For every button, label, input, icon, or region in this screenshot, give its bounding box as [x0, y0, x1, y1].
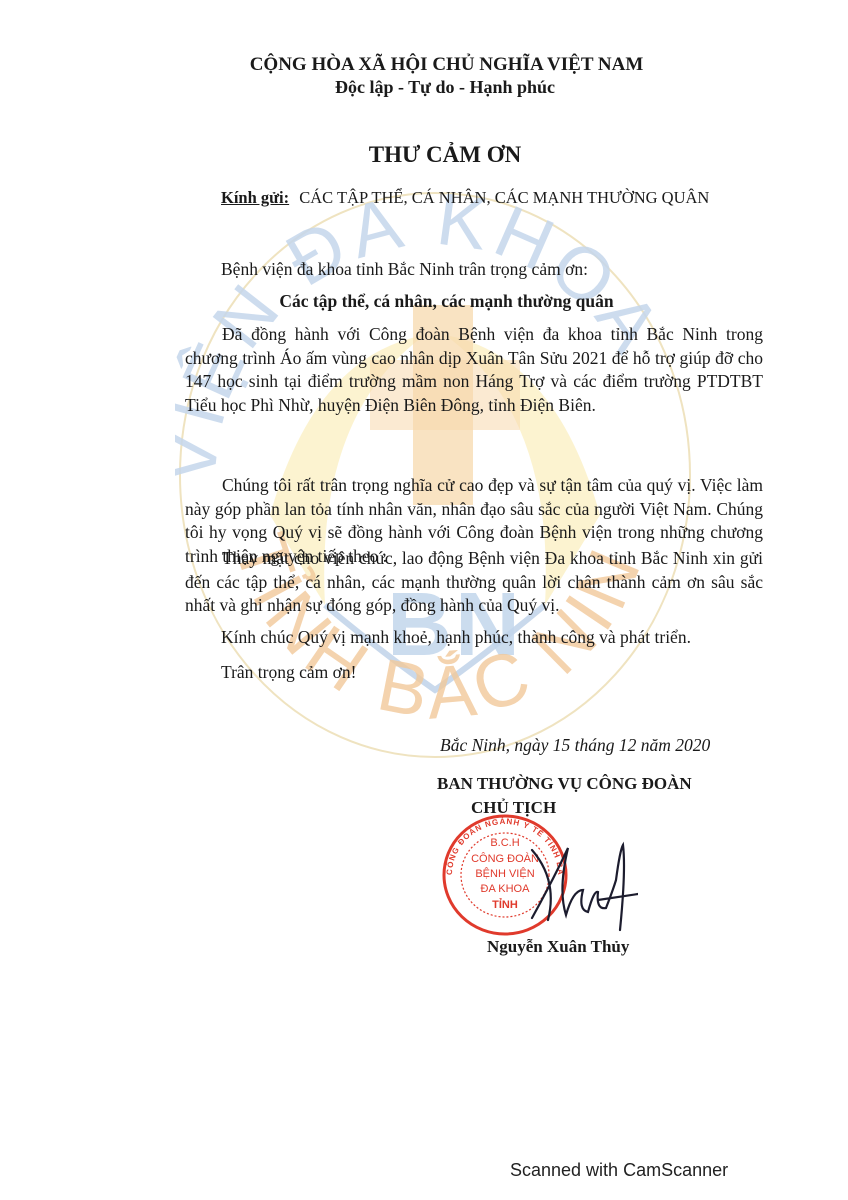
recipient-line: Kính gửi: CÁC TẬP THỂ, CÁ NHÂN, CÁC MẠNH… — [221, 188, 709, 208]
letter-page: CỘNG HÒA XÃ HỘI CHỦ NGHĨA VIỆT NAM Độc l… — [0, 0, 848, 1200]
body-paragraph: Đã đồng hành với Công đoàn Bệnh viện đa … — [185, 323, 763, 417]
scanner-credit: Scanned with CamScanner — [510, 1160, 728, 1181]
svg-text:B.C.H: B.C.H — [490, 837, 519, 849]
intro-line: Bệnh viện đa khoa tỉnh Bắc Ninh trân trọ… — [221, 259, 588, 280]
recipient-label: Kính gửi: — [221, 188, 289, 207]
organization-name: BAN THƯỜNG VỤ CÔNG ĐOÀN — [437, 774, 692, 794]
national-motto: Độc lập - Tự do - Hạnh phúc — [0, 77, 848, 98]
national-title: CỘNG HÒA XÃ HỘI CHỦ NGHĨA VIỆT NAM — [0, 54, 848, 76]
wish-line: Kính chúc Quý vị mạnh khoẻ, hạnh phúc, t… — [221, 627, 691, 648]
body-paragraph: Thay mặt cho viên chức, lao động Bệnh vi… — [185, 547, 763, 618]
letter-title: THƯ CẢM ƠN — [0, 142, 848, 168]
closing-line: Trân trọng cảm ơn! — [221, 662, 356, 683]
recipient-value: CÁC TẬP THỂ, CÁ NHÂN, CÁC MẠNH THƯỜNG QU… — [299, 188, 709, 207]
svg-text:TỈNH: TỈNH — [492, 898, 518, 911]
signer-name: Nguyễn Xuân Thủy — [487, 937, 629, 957]
svg-text:ĐA KHOA: ĐA KHOA — [481, 883, 531, 895]
svg-text:BỆNH VIỆN: BỆNH VIỆN — [475, 867, 534, 880]
honorees-line: Các tập thể, cá nhân, các mạnh thường qu… — [0, 291, 848, 312]
place-date: Bắc Ninh, ngày 15 tháng 12 năm 2020 — [440, 735, 710, 756]
handwritten-signature-icon — [528, 830, 638, 940]
